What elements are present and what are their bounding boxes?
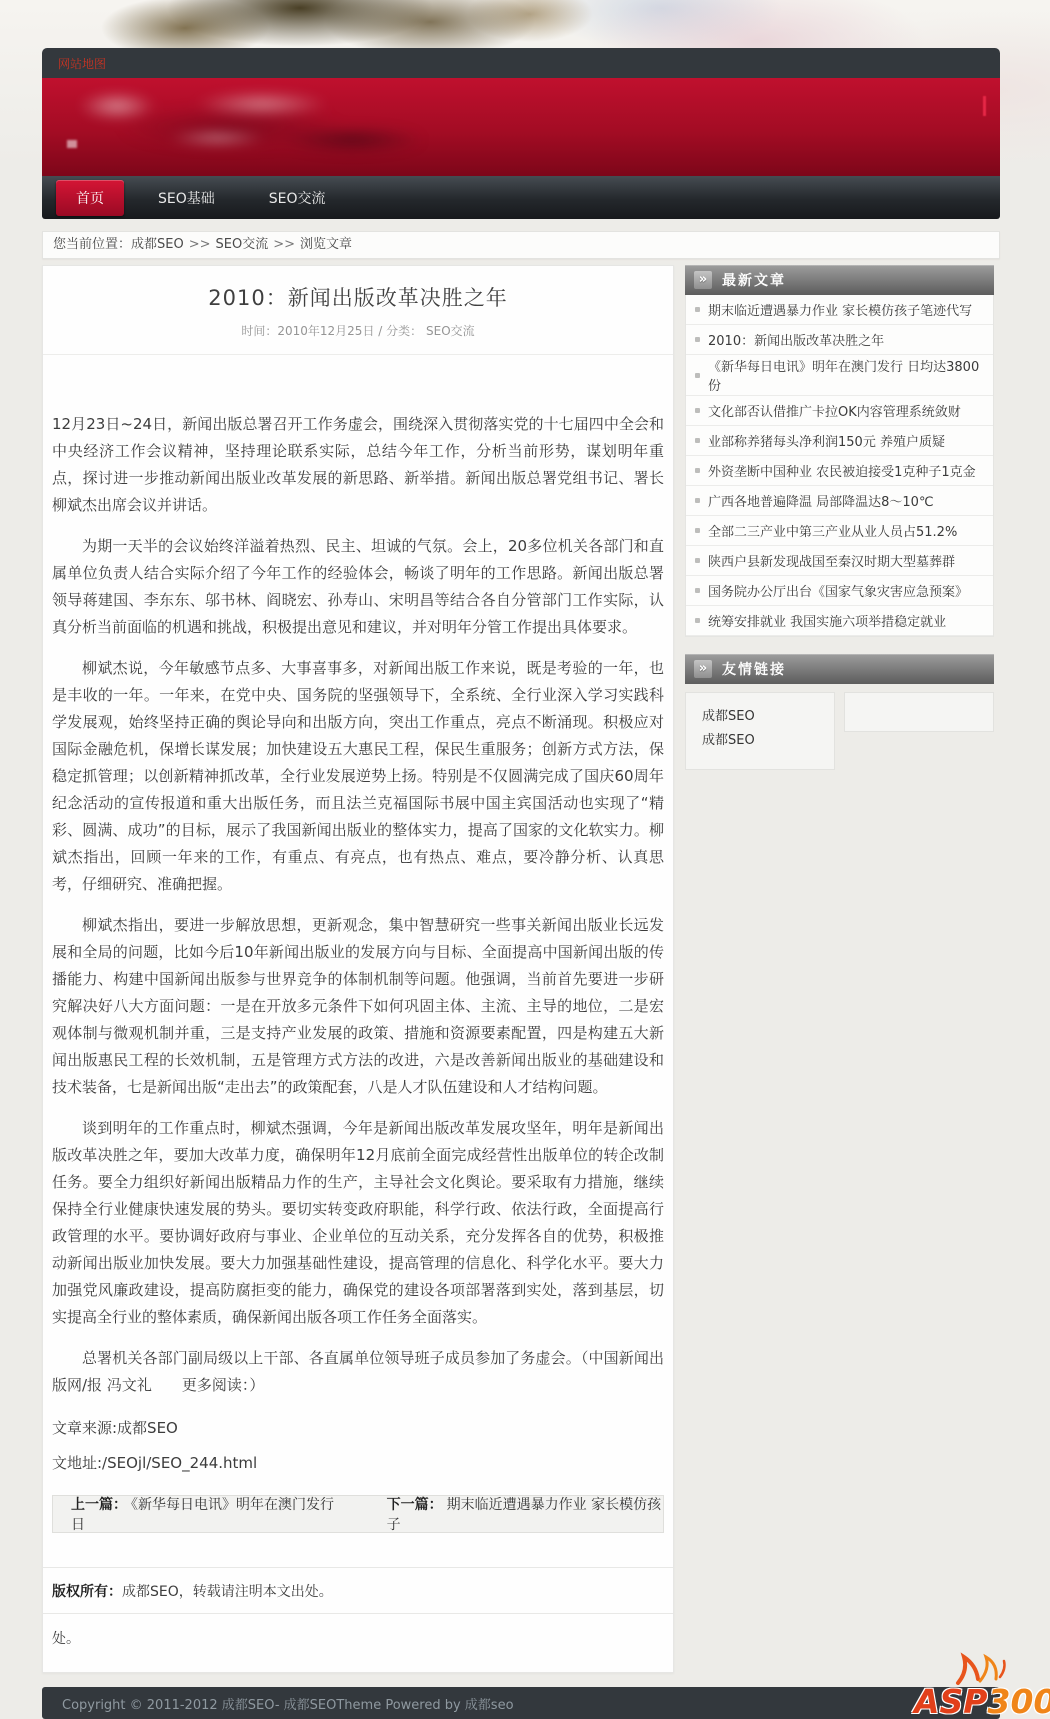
article-title: 2010：新闻出版改革决胜之年: [53, 282, 663, 312]
next-label: 下一篇：: [387, 1497, 443, 1513]
breadcrumb-current: 浏览文章: [300, 237, 352, 252]
copyright-label: 版权所有：: [52, 1584, 122, 1600]
sitemap-link[interactable]: 网站地图: [58, 55, 106, 72]
bullet-icon: [695, 468, 700, 473]
footer-row: Copyright © 2011-2012 成都SEO- 成都SEOTheme …: [42, 1687, 1000, 1719]
nav-item-seo-exchange[interactable]: SEO交流: [249, 180, 346, 216]
double-arrow-icon: »: [694, 660, 712, 678]
recent-articles-panel: » 最新文章 期末临近遭遇暴力作业 家长模仿孩子笔迹代写 2010：新闻出版改革…: [685, 265, 994, 637]
friendly-links-empty-box: [844, 692, 994, 732]
recent-article-link[interactable]: 期末临近遭遇暴力作业 家长模仿孩子笔迹代写: [686, 295, 993, 325]
article-paragraph: 柳斌杰说，今年敏感节点多、大事喜事多，对新闻出版工作来说，既是考验的一年，也是丰…: [52, 655, 664, 898]
recent-article-label: 陕西户县新发现战国至秦汉时期大型墓葬群: [708, 551, 955, 570]
friendly-links-header: » 友情链接: [685, 654, 994, 684]
nav-item-seo-basics[interactable]: SEO基础: [138, 180, 235, 216]
bullet-icon: [695, 408, 700, 413]
recent-article-label: 文化部否认借推广卡拉OK内容管理系统敛财: [708, 401, 961, 420]
copyright-text: 成都SEO，转载请注明本文出处。: [122, 1584, 333, 1600]
article-paragraph: 12月23日~24日，新闻出版总署召开工作务虚会，围绕深入贯彻落实党的十七届四中…: [52, 411, 664, 519]
asp300-number-text: 300: [988, 1685, 1050, 1718]
meta-time-label: 时间：: [241, 324, 277, 338]
recent-article-label: 广西各地普遍降温 局部降温达8～10℃: [708, 491, 934, 510]
meta-time-value: 2010年12月25日: [277, 324, 374, 338]
bullet-icon: [695, 337, 700, 342]
breadcrumb-label: 您当前位置：: [53, 237, 131, 252]
article-permalink-line: 文地址:/SEOjl/SEO_244.html: [43, 1438, 673, 1473]
recent-article-link[interactable]: 2010：新闻出版改革决胜之年: [686, 325, 993, 355]
bullet-icon: [695, 588, 700, 593]
main-content-row: 2010：新闻出版改革决胜之年 时间：2010年12月25日 / 分类： SEO…: [42, 265, 1000, 1673]
article-copyright-notice: 版权所有：成都SEO，转载请注明本文出处。: [43, 1567, 673, 1613]
friendly-link[interactable]: 成都SEO: [702, 705, 834, 729]
recent-article-label: 外资垄断中国种业 农民被迫接受1克种子1克金: [708, 461, 976, 480]
meta-divider: /: [378, 324, 382, 338]
site-banner: [42, 78, 1000, 176]
bullet-icon: [695, 558, 700, 563]
friendly-links-title: 友情链接: [722, 659, 786, 679]
recent-article-link[interactable]: 统筹安排就业 我国实施六项举措稳定就业: [686, 606, 993, 636]
prev-label: 上一篇：: [71, 1497, 127, 1513]
asp300-asp-text: ASP: [914, 1685, 988, 1718]
recent-article-link[interactable]: 陕西户县新发现战国至秦汉时期大型墓葬群: [686, 546, 993, 576]
recent-article-label: 2010：新闻出版改革决胜之年: [708, 330, 884, 349]
footer: Copyright © 2011-2012 成都SEO- 成都SEOTheme …: [42, 1687, 1000, 1719]
next-post: 下一篇：期末临近遭遇暴力作业 家长模仿孩子: [387, 1494, 663, 1534]
main-navigation: 首页 SEO基础 SEO交流: [42, 176, 1000, 219]
prev-next-navigation: 上一篇：《新华每日电讯》明年在澳门发行 日 下一篇：期末临近遭遇暴力作业 家长模…: [52, 1495, 664, 1533]
bullet-icon: [695, 438, 700, 443]
double-arrow-icon: »: [694, 271, 712, 289]
recent-article-label: 统筹安排就业 我国实施六项举措稳定就业: [708, 611, 946, 630]
site-logo[interactable]: [62, 88, 422, 160]
recent-articles-header: » 最新文章: [685, 265, 994, 295]
copyright-wrapped-text: 处。: [43, 1613, 673, 1670]
bullet-icon: [695, 498, 700, 503]
page-container: 网站地图 首页 SEO基础 SEO交流 您当前位置：成都SEO>>SEO交流>>…: [42, 48, 1000, 1719]
asp300-logo-text: ASP300 源码 .com: [914, 1685, 1050, 1718]
bullet-icon: [695, 528, 700, 533]
article-source-line: 文章来源:成都SEO: [43, 1413, 673, 1438]
recent-article-label: 全部二三产业中第三产业从业人员占51.2%: [708, 521, 957, 540]
breadcrumb-category-link[interactable]: SEO交流: [216, 237, 269, 252]
article-paragraph: 柳斌杰指出，要进一步解放思想，更新观念，集中智慧研究一些事关新闻出版业长远发展和…: [52, 912, 664, 1101]
recent-articles-list: 期末临近遭遇暴力作业 家长模仿孩子笔迹代写 2010：新闻出版改革决胜之年 《新…: [685, 295, 994, 637]
recent-article-label: 业部称养猪每头净利润150元 养殖户质疑: [708, 431, 945, 450]
recent-article-label: 《新华每日电讯》明年在澳门发行 日均达3800份: [708, 356, 987, 394]
article-body: 12月23日~24日，新闻出版总署召开工作务虚会，围绕深入贯彻落实党的十七届四中…: [43, 355, 673, 1399]
friendly-links-row: 成都SEO成都SEO: [685, 692, 994, 770]
article-paragraph: 总署机关各部门副局级以上干部、各直属单位领导班子成员参加了务虚会。（中国新闻出版…: [52, 1345, 664, 1399]
nav-item-home[interactable]: 首页: [56, 180, 124, 216]
breadcrumb: 您当前位置：成都SEO>>SEO交流>>浏览文章: [42, 231, 1000, 259]
friendly-links-box: 成都SEO成都SEO: [685, 692, 835, 770]
breadcrumb-home-link[interactable]: 成都SEO: [131, 237, 184, 252]
recent-article-link[interactable]: 《新华每日电讯》明年在澳门发行 日均达3800份: [686, 355, 993, 396]
article-paragraph: 为期一天半的会议始终洋溢着热烈、民主、坦诚的气氛。会上，20多位机关各部门和直属…: [52, 533, 664, 641]
logo-fragment: [67, 140, 77, 148]
meta-category-link[interactable]: SEO交流: [426, 324, 475, 338]
asp300-flame-icon: [952, 1651, 1016, 1685]
recent-article-link[interactable]: 广西各地普遍降温 局部降温达8～10℃: [686, 486, 993, 516]
recent-articles-title: 最新文章: [722, 270, 786, 290]
article-meta: 时间：2010年12月25日 / 分类： SEO交流: [43, 322, 673, 339]
top-bar: 网站地图: [42, 48, 1000, 78]
recent-article-link[interactable]: 文化部否认借推广卡拉OK内容管理系统敛财: [686, 396, 993, 426]
recent-article-link[interactable]: 外资垄断中国种业 农民被迫接受1克种子1克金: [686, 456, 993, 486]
recent-article-link[interactable]: 业部称养猪每头净利润150元 养殖户质疑: [686, 426, 993, 456]
recent-article-label: 国务院办公厅出台《国家气象灾害应急预案》: [708, 581, 968, 600]
sidebar: » 最新文章 期末临近遭遇暴力作业 家长模仿孩子笔迹代写 2010：新闻出版改革…: [685, 265, 994, 770]
breadcrumb-separator: >>: [273, 237, 295, 252]
friendly-link[interactable]: 成都SEO: [702, 729, 834, 753]
article-paragraph: 谈到明年的工作重点时，柳斌杰强调，今年是新闻出版改革发展攻坚年，明年是新闻出版改…: [52, 1115, 664, 1331]
footer-copyright: Copyright © 2011-2012 成都SEO- 成都SEOTheme …: [62, 1694, 514, 1713]
banner-accent-mark: [983, 96, 986, 116]
recent-article-label: 期末临近遭遇暴力作业 家长模仿孩子笔迹代写: [708, 300, 972, 319]
bullet-icon: [695, 307, 700, 312]
recent-article-link[interactable]: 全部二三产业中第三产业从业人员占51.2%: [686, 516, 993, 546]
friendly-links-panel: » 友情链接 成都SEO成都SEO: [685, 654, 994, 770]
prev-post: 上一篇：《新华每日电讯》明年在澳门发行 日: [71, 1494, 341, 1534]
meta-category-label: 分类：: [386, 324, 422, 338]
recent-article-link[interactable]: 国务院办公厅出台《国家气象灾害应急预案》: [686, 576, 993, 606]
bullet-icon: [695, 618, 700, 623]
bullet-icon: [695, 373, 700, 378]
breadcrumb-separator: >>: [189, 237, 211, 252]
asp300-watermark-logo: ASP300 源码 .com: [914, 1651, 1050, 1718]
article-panel: 2010：新闻出版改革决胜之年 时间：2010年12月25日 / 分类： SEO…: [42, 265, 674, 1673]
